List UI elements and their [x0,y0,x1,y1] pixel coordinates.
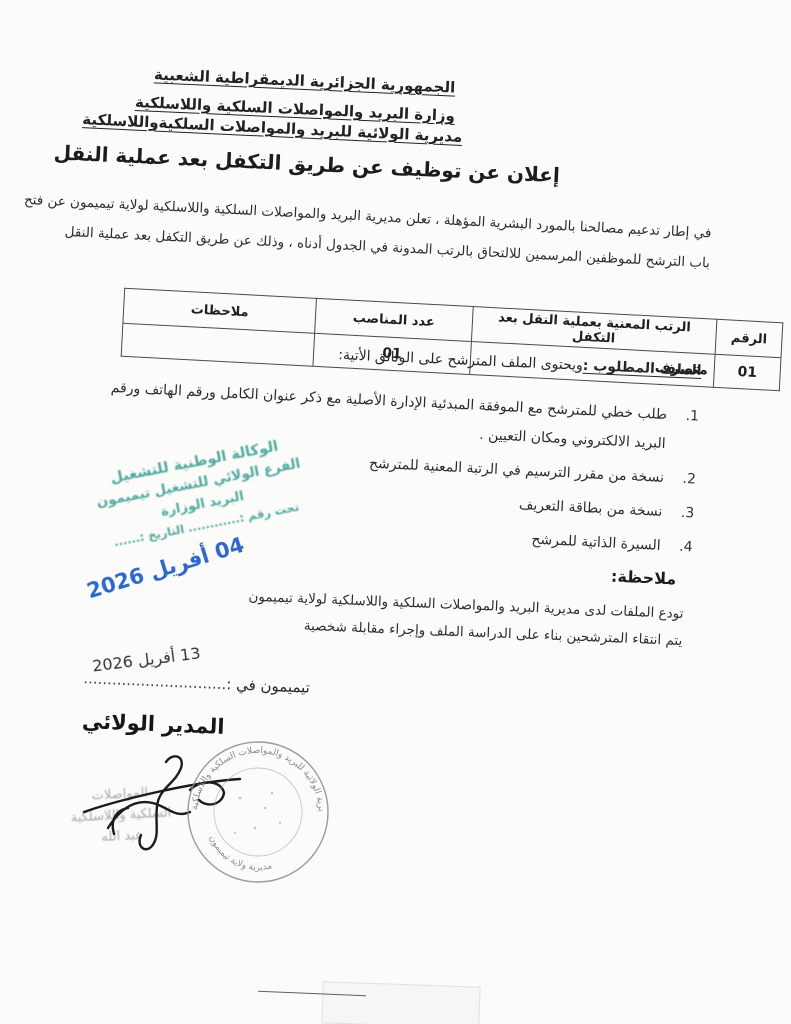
dotted-leader: .............................. [83,669,227,693]
list-item-number: 3. [676,499,695,529]
stamp-ring-bottom-text: مديرية ولاية تيميمون [207,834,273,873]
svg-text:مديرية ولاية تيميمون: مديرية ولاية تيميمون [207,834,273,873]
stamp-center-marks [234,792,281,834]
signatory-title: المدير الولائي [82,709,225,739]
list-item-number: 2. [677,465,696,495]
place-and-date-line: تيميمون في :............................… [88,669,311,696]
list-item-number: 1. [680,402,699,432]
place-label: تيميمون في : [226,675,310,696]
intro-paragraph: في إطار تدعيم مصالحنا بالمورد البشرية ال… [78,188,712,279]
round-official-stamp: المديرية الولائية للبريد والمواصلات السل… [180,738,336,888]
page-title: إعلان عن توظيف عن طريق التكفل بعد عملية … [150,145,561,188]
scanned-document-page: { "header": { "line1": "الجمهورية الجزائ… [0,0,791,1024]
list-item-number: 4. [674,533,693,563]
note-body: تودع الملفات لدى مديرية البريد والمواصلا… [232,583,684,655]
scan-artifact-box [321,981,480,1024]
svg-text:المديرية الولائية للبريد والمو: المديرية الولائية للبريد والمواصلات السل… [180,738,326,813]
stamp-ring-top-text: المديرية الولائية للبريد والمواصلات السل… [180,738,326,813]
cell-number: 01 [714,354,781,390]
note-heading: ملاحظة: [610,567,676,589]
header-republic-line: الجمهورية الجزائرية الديمقراطية الشعبية [153,65,455,96]
table-header-number: الرقم [715,319,783,357]
